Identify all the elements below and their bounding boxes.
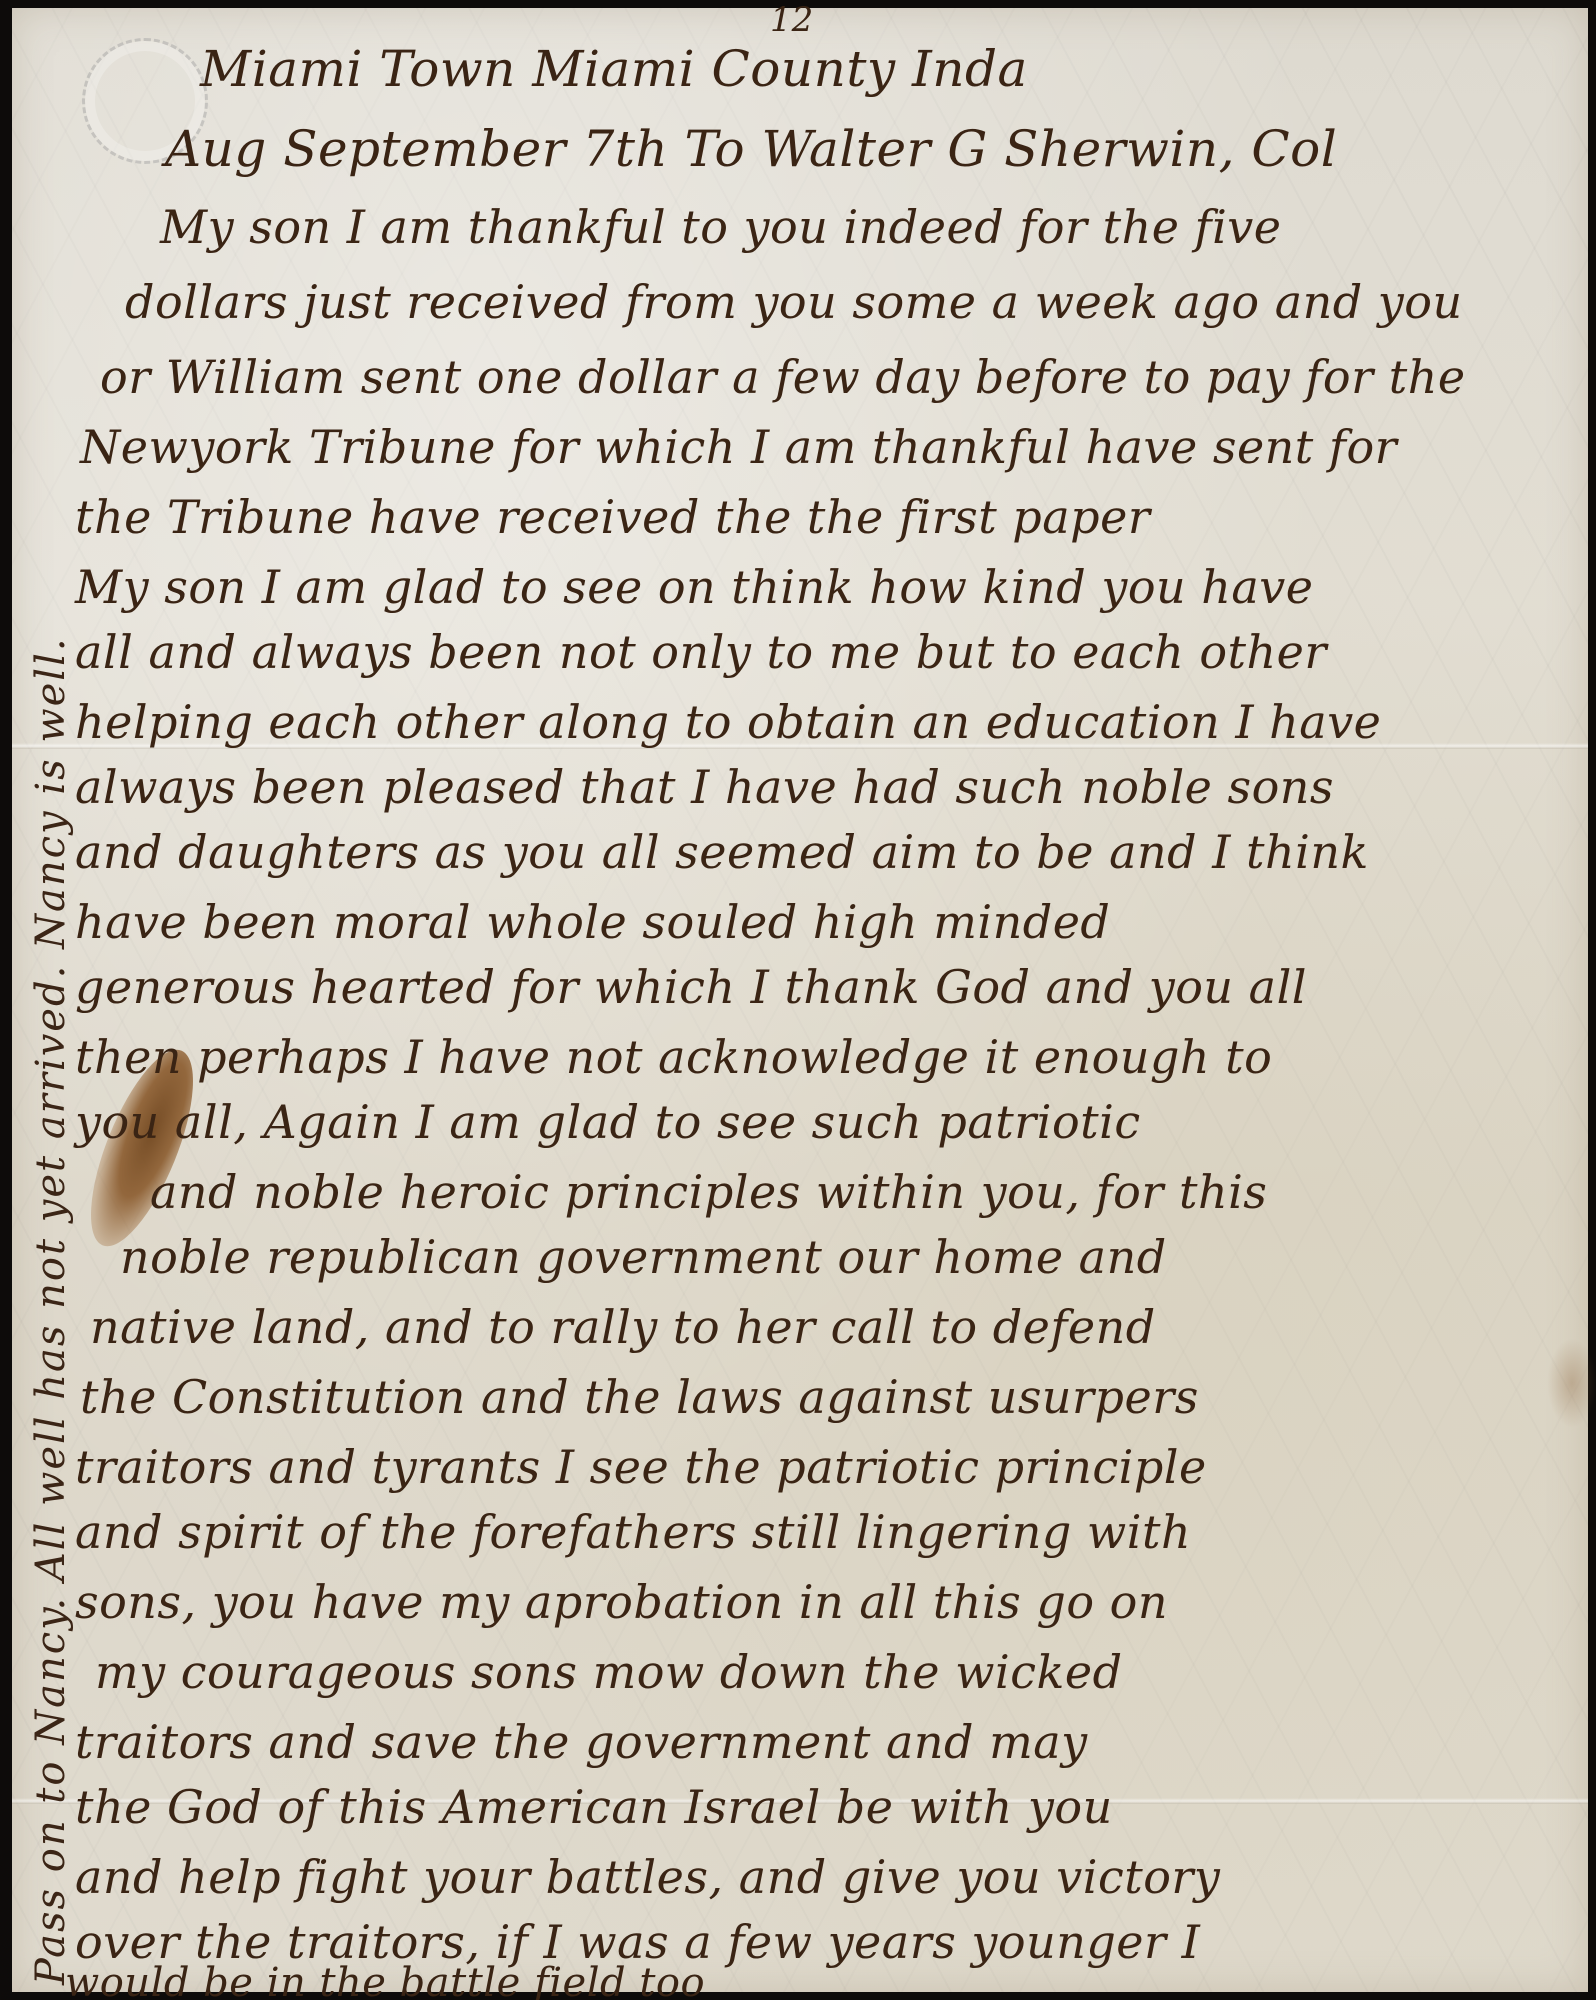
body-line: the Tribune have received the the first … (75, 490, 1150, 544)
body-line: My son I am glad to see on think how kin… (75, 560, 1314, 614)
body-line: and daughters as you all seemed aim to b… (75, 825, 1369, 879)
heading-date-address: Aug September 7th To Walter G Sherwin, C… (165, 120, 1337, 178)
ink-stain (1547, 1338, 1596, 1428)
heading-place: Miami Town Miami County Inda (200, 40, 1028, 98)
body-line: would be in the battle field too (65, 1960, 705, 2000)
body-line: always been pleased that I have had such… (75, 760, 1334, 814)
body-line: noble republican government our home and (120, 1230, 1167, 1284)
margin-note-vertical: Pass on to Nancy. All well has not yet a… (28, 5, 74, 1985)
body-line: sons, you have my aprobation in all this… (75, 1575, 1168, 1629)
body-line: and help fight your battles, and give yo… (75, 1850, 1220, 1904)
body-line: the Constitution and the laws against us… (80, 1370, 1199, 1424)
body-line: then perhaps I have not acknowledge it e… (75, 1030, 1272, 1084)
body-line: Newyork Tribune for which I am thankful … (80, 420, 1397, 474)
body-line: and spirit of the forefathers still ling… (75, 1505, 1191, 1559)
page-number-annotation: 12 (770, 0, 813, 40)
body-line: generous hearted for which I thank God a… (75, 960, 1307, 1014)
body-line: dollars just received from you some a we… (125, 275, 1463, 329)
body-line: have been moral whole souled high minded (75, 895, 1110, 949)
body-line: helping each other along to obtain an ed… (75, 695, 1381, 749)
body-line: traitors and tyrants I see the patriotic… (75, 1440, 1207, 1494)
body-line: all and always been not only to me but t… (75, 625, 1327, 679)
body-line: the God of this American Israel be with … (75, 1780, 1113, 1834)
body-line: or William sent one dollar a few day bef… (100, 350, 1466, 404)
body-line: and noble heroic principles within you, … (150, 1165, 1267, 1219)
body-line: my courageous sons mow down the wicked (95, 1645, 1123, 1699)
body-line: My son I am thankful to you indeed for t… (160, 200, 1282, 254)
body-line: native land, and to rally to her call to… (90, 1300, 1156, 1354)
body-line: traitors and save the government and may (75, 1715, 1088, 1769)
body-line: you all, Again I am glad to see such pat… (75, 1095, 1141, 1149)
